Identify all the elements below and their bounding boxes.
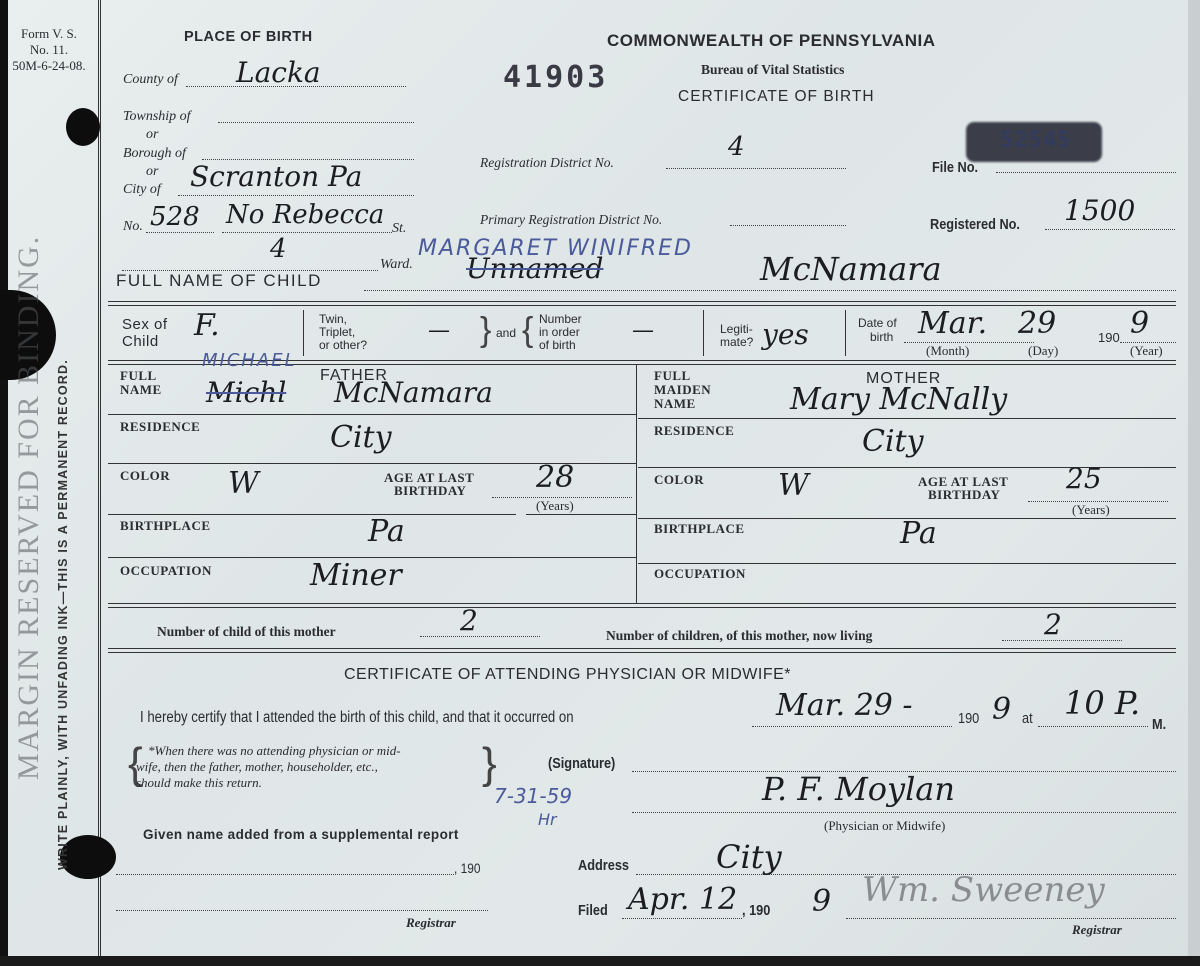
- registration-district-label: Registration District No.: [480, 155, 614, 171]
- children-living-value[interactable]: 2: [1044, 608, 1062, 641]
- row-divider: [638, 563, 1176, 564]
- primary-district-label: Primary Registration District No.: [480, 212, 662, 228]
- or-label: or: [146, 127, 158, 143]
- filed-date-line: [622, 918, 742, 919]
- and-label: and: [496, 327, 516, 340]
- father-name-label: FULL NAME: [120, 369, 162, 397]
- left-brace-icon: }: [480, 311, 491, 350]
- occurred-date-value[interactable]: Mar. 29 -: [776, 688, 913, 723]
- father-age-value[interactable]: 28: [536, 460, 574, 495]
- child-number-line: [420, 636, 540, 637]
- bureau-title: Bureau of Vital Statistics: [701, 62, 844, 78]
- place-of-birth-heading: PLACE OF BIRTH: [184, 29, 313, 45]
- child-name-line: [364, 290, 1176, 291]
- registration-district-line: [666, 168, 846, 169]
- at-label: at: [1022, 710, 1033, 727]
- registration-district-value[interactable]: 4: [728, 132, 745, 162]
- father-added-given-name[interactable]: MICHAEL: [202, 350, 297, 371]
- parent-column-divider: [636, 364, 637, 604]
- row-divider: [108, 414, 636, 415]
- certificate-title: CERTIFICATE OF BIRTH: [678, 88, 875, 106]
- right-brace-icon: {: [522, 311, 533, 350]
- ward-label: Ward.: [380, 257, 413, 273]
- form-id-line: No. 11.: [6, 42, 92, 58]
- birth-order-value[interactable]: —: [632, 318, 654, 343]
- mother-residence-value[interactable]: City: [862, 424, 924, 459]
- physician-address-value[interactable]: City: [716, 838, 782, 876]
- mother-name-label: FULL MAIDEN NAME: [654, 369, 711, 411]
- or-label: or: [146, 164, 158, 180]
- mother-color-value[interactable]: W: [778, 468, 809, 503]
- day-caption: (Day): [1028, 343, 1058, 359]
- father-occupation-value[interactable]: Miner: [310, 558, 402, 593]
- filed-year-value[interactable]: 9: [812, 884, 831, 919]
- mother-name-label-line: MAIDEN: [654, 383, 711, 397]
- form-identifier: Form V. S. No. 11. 50M-6-24-08.: [6, 26, 92, 74]
- children-living-label: Number of children, of this mother, now …: [606, 628, 872, 644]
- legitimate-value[interactable]: yes: [762, 318, 809, 351]
- city-value[interactable]: Scranton Pa: [190, 160, 362, 193]
- month-caption: (Month): [926, 343, 969, 359]
- year-caption: (Year): [1130, 343, 1163, 359]
- township-field-line: [218, 122, 414, 123]
- dob-label-line: Date of: [858, 316, 897, 330]
- child-name-label: FULL NAME OF CHILD: [116, 271, 322, 291]
- father-occupation-label: OCCUPATION: [120, 563, 212, 579]
- father-color-label: COLOR: [120, 468, 170, 484]
- column-divider: [845, 310, 846, 356]
- birth-order-label-line: of birth: [539, 339, 582, 352]
- supplemental-registrar-caption: Registrar: [406, 915, 456, 931]
- section-divider: [108, 603, 1176, 608]
- registered-number-line: [1045, 229, 1175, 230]
- row-divider: [638, 418, 1176, 419]
- mother-age-label-line: BIRTHDAY: [918, 488, 1008, 501]
- county-label: County of: [123, 72, 178, 88]
- signature-line-2: [632, 812, 1176, 813]
- paper-edge: [1188, 0, 1200, 966]
- margin-reserved-notice: MARGIN RESERVED FOR BINDING.: [12, 235, 46, 780]
- father-surname[interactable]: McNamara: [334, 376, 493, 409]
- signature-caption: (Physician or Midwife): [824, 818, 945, 834]
- father-name-label-line: FULL: [120, 369, 162, 383]
- occurred-date-line: [752, 726, 952, 727]
- meridiem-label: M.: [1152, 716, 1166, 733]
- father-age-label-line: BIRTHDAY: [384, 484, 474, 497]
- mother-name-label-line: FULL: [654, 369, 711, 383]
- sex-label-line: Sex of: [122, 316, 168, 333]
- twin-label: Twin, Triplet, or other?: [319, 313, 367, 352]
- mother-age-label: AGE AT LAST BIRTHDAY: [918, 475, 1008, 501]
- father-struck-given-name: Michl: [206, 376, 286, 409]
- file-number-value[interactable]: 52545: [1000, 128, 1071, 153]
- form-id-line: 50M-6-24-08.: [6, 58, 92, 74]
- stamped-number: 41903: [503, 60, 608, 95]
- child-number-value[interactable]: 2: [460, 604, 478, 637]
- city-field-line: [178, 195, 414, 196]
- section-divider: [108, 301, 1176, 306]
- physician-signature[interactable]: P. F. Moylan: [762, 770, 955, 808]
- registered-number-value[interactable]: 1500: [1064, 194, 1135, 227]
- county-value[interactable]: Lacka: [236, 56, 321, 89]
- father-birthplace-label: BIRTHPLACE: [120, 518, 211, 534]
- supplemental-registrar-line: [116, 910, 488, 911]
- legitimate-label-line: mate?: [720, 336, 753, 349]
- dob-year-value[interactable]: 9: [1130, 306, 1149, 341]
- punch-hole-icon: [66, 108, 100, 146]
- signature-label: (Signature): [548, 755, 615, 772]
- mother-occupation-label: OCCUPATION: [654, 566, 746, 582]
- mother-birthplace-value[interactable]: Pa: [900, 516, 937, 551]
- street-field-line: [222, 232, 392, 233]
- file-number-line: [996, 172, 1176, 173]
- section-divider: [108, 648, 1176, 653]
- dob-month-value[interactable]: Mar.: [918, 306, 987, 341]
- children-living-line: [1002, 640, 1122, 641]
- house-number-label: No.: [123, 219, 143, 235]
- mother-age-value[interactable]: 25: [1066, 462, 1102, 495]
- street-suffix-label: St.: [392, 221, 406, 237]
- occurred-year-prefix: 190: [958, 710, 979, 727]
- time-line: [1038, 726, 1148, 727]
- scan-border: [0, 956, 1200, 966]
- sex-value[interactable]: F.: [194, 308, 220, 343]
- footnote-line: should make this return.: [136, 775, 401, 791]
- permanent-record-notice: WRITE PLAINLY, WITH UNFADING INK—THIS IS…: [56, 359, 70, 870]
- row-divider: [108, 514, 516, 515]
- certify-statement: I hereby certify that I attended the bir…: [140, 709, 574, 727]
- column-divider: [703, 310, 704, 356]
- row-divider: [526, 514, 636, 515]
- mother-name-label-line: NAME: [654, 397, 711, 411]
- father-years-caption: (Years): [536, 498, 574, 514]
- father-birthplace-value[interactable]: Pa: [368, 514, 405, 549]
- father-residence-label: RESIDENCE: [120, 419, 200, 435]
- footnote-line: wife, then the father, mother, household…: [136, 759, 401, 775]
- father-color-value[interactable]: W: [228, 466, 259, 501]
- physician-footnote: *When there was no attending physician o…: [136, 743, 401, 791]
- dob-day-value[interactable]: 29: [1018, 306, 1056, 341]
- footnote-right-brace-icon: }: [482, 742, 497, 786]
- physician-certificate-heading: CERTIFICATE OF ATTENDING PHYSICIAN OR MI…: [344, 666, 791, 684]
- annotation-initials: Hr: [538, 810, 557, 829]
- father-age-label: AGE AT LAST BIRTHDAY: [384, 471, 474, 497]
- sex-label: Sex of Child: [122, 316, 168, 350]
- township-label: Township of: [123, 109, 191, 125]
- binding-margin-rule: [98, 0, 101, 956]
- mother-years-caption: (Years): [1072, 502, 1110, 518]
- mother-name-value[interactable]: Mary McNally: [790, 382, 1007, 417]
- twin-value[interactable]: —: [428, 318, 450, 343]
- date-of-birth-label: Date of birth: [858, 316, 897, 344]
- filed-label: Filed: [578, 902, 608, 919]
- supplemental-year-prefix: , 190: [454, 860, 480, 876]
- house-number-value[interactable]: 528: [150, 202, 200, 232]
- filed-year-prefix: , 190: [742, 902, 770, 919]
- child-surname[interactable]: McNamara: [760, 250, 942, 288]
- mother-residence-label: RESIDENCE: [654, 423, 734, 439]
- mother-birthplace-label: BIRTHPLACE: [654, 521, 745, 537]
- registrar-signature[interactable]: Wm. Sweeney: [862, 870, 1105, 910]
- registrar-caption: Registrar: [1072, 922, 1122, 938]
- mother-color-label: COLOR: [654, 472, 704, 488]
- father-residence-value[interactable]: City: [330, 420, 392, 455]
- borough-label: Borough of: [123, 146, 186, 162]
- dob-label-line: birth: [858, 330, 897, 344]
- sex-label-line: Child: [122, 333, 168, 350]
- occurred-year-value[interactable]: 9: [992, 692, 1011, 727]
- supplemental-report-label: Given name added from a supplemental rep…: [143, 827, 459, 842]
- dob-year-prefix: 190: [1098, 331, 1120, 344]
- commonwealth-title: COMMONWEALTH OF PENNSYLVANIA: [607, 31, 935, 51]
- occurred-time-value[interactable]: 10 P.: [1064, 684, 1140, 722]
- ward-value[interactable]: 4: [270, 234, 287, 264]
- child-number-label: Number of child of this mother: [157, 624, 336, 640]
- registrar-signature-line: [846, 918, 1176, 919]
- birth-order-label: Number in order of birth: [539, 313, 582, 352]
- registered-number-label: Registered No.: [930, 216, 1020, 233]
- street-value[interactable]: No Rebecca: [226, 200, 384, 230]
- filed-date-value[interactable]: Apr. 12: [628, 882, 737, 917]
- house-number-field-line: [146, 232, 214, 233]
- supplemental-date-line: [116, 874, 454, 875]
- address-label: Address: [578, 857, 629, 874]
- annotation-date: 7-31-59: [494, 784, 572, 808]
- footnote-line: *When there was no attending physician o…: [136, 743, 401, 759]
- primary-district-line: [730, 225, 846, 226]
- legitimate-label: Legiti- mate?: [720, 323, 753, 349]
- father-name-label-line: NAME: [120, 383, 162, 397]
- city-label: City of: [123, 182, 161, 198]
- column-divider: [303, 310, 304, 356]
- twin-label-line: or other?: [319, 339, 367, 352]
- form-id-line: Form V. S.: [6, 26, 92, 42]
- child-struck-given-name: Unnamed: [466, 252, 603, 285]
